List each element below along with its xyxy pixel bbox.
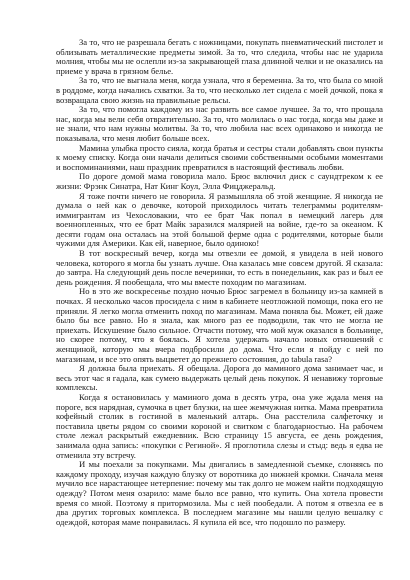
- paragraph: За то, что помогла каждому из нас развит…: [56, 105, 383, 143]
- paragraph: Мамина улыбка просто сияла, когда братья…: [56, 144, 383, 173]
- paragraph: По дороге домой мама говорила мало. Брюс…: [56, 172, 383, 191]
- paragraph: За то, что не разрешала бегать с ножница…: [56, 38, 383, 76]
- paragraph: В тот воскресный вечер, когда мы отвезли…: [56, 249, 383, 287]
- paragraph: И мы поехали за покупками. Мы двигались …: [56, 460, 383, 527]
- paragraph: Я тоже почти ничего не говорила. Я размы…: [56, 192, 383, 250]
- paragraph: За то, что не выгнала меня, когда узнала…: [56, 76, 383, 105]
- paragraph: Но в это же воскресенье поздно ночью Брю…: [56, 287, 383, 364]
- document-page: За то, что не разрешала бегать с ножница…: [56, 38, 383, 527]
- paragraph: Я должна была приехать. Я обещала. Дорог…: [56, 364, 383, 393]
- paragraph: Когда я остановилась у маминого дома в д…: [56, 393, 383, 460]
